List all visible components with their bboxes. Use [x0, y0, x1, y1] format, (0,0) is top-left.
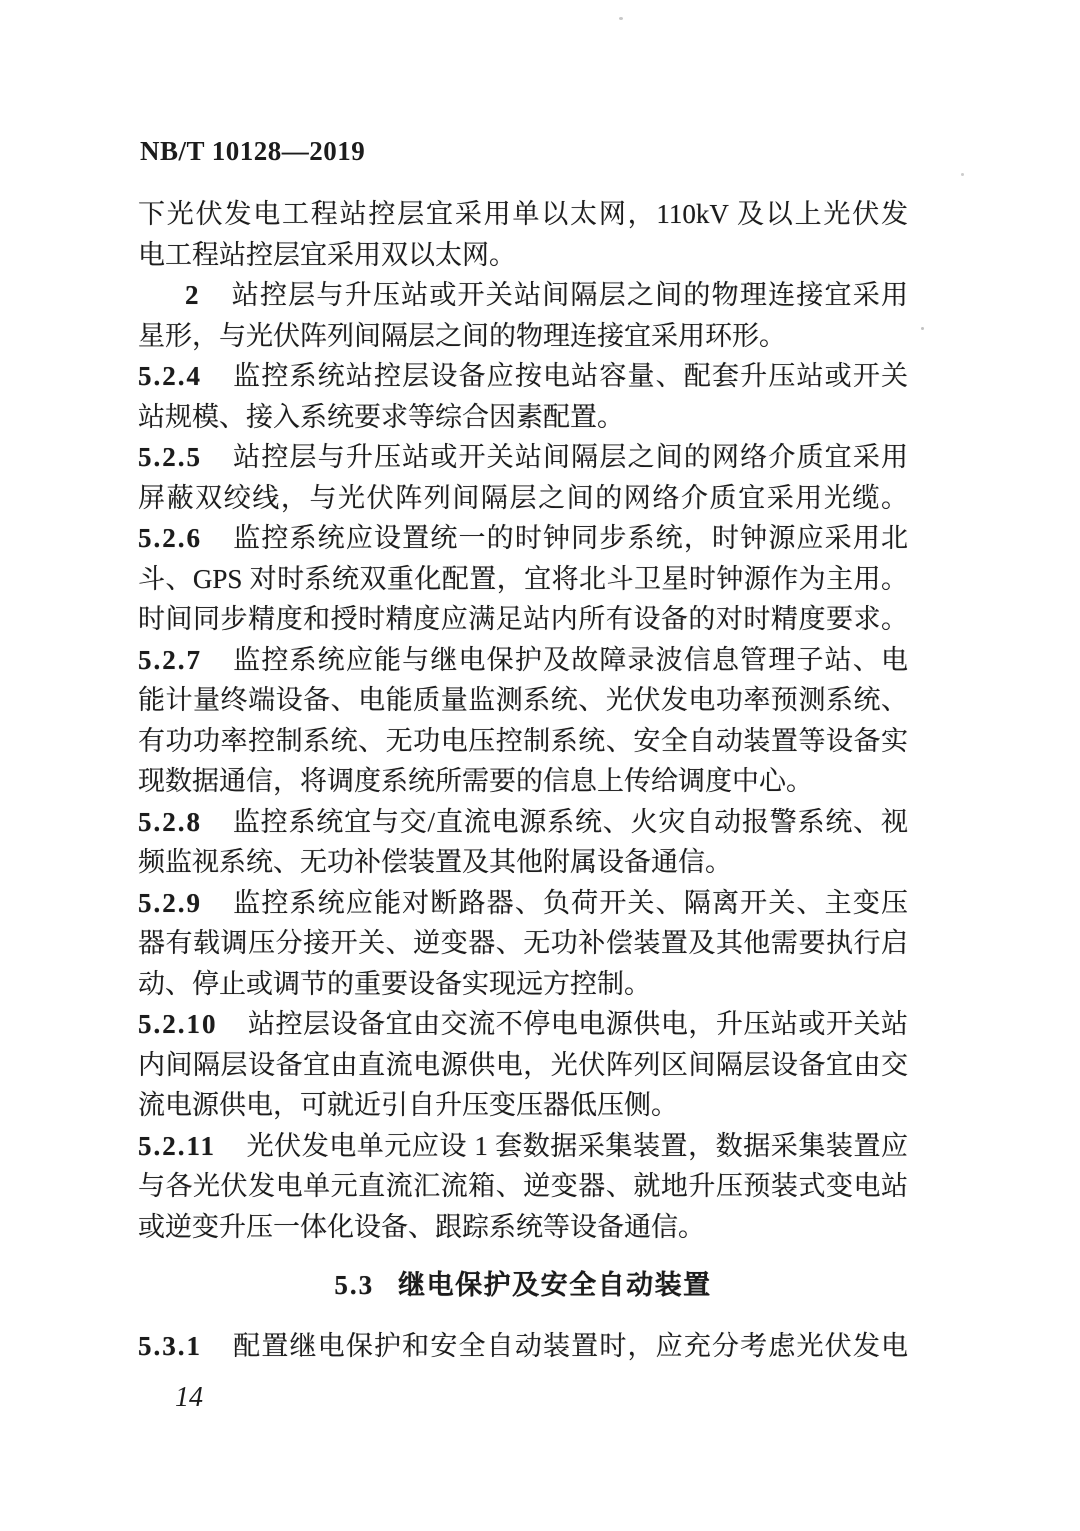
clause-line: 5.2.9监控系统应能对断路器、负荷开关、隔离开关、主变压	[138, 883, 908, 924]
clause-number: 5.2.11	[138, 1131, 216, 1161]
line-text: 能计量终端设备、电能质量监测系统、光伏发电功率预测系统、	[138, 685, 908, 715]
line-text: 站控层与升压站或开关站间隔层之间的物理连接宜采用	[231, 280, 909, 310]
text-line: 时间同步精度和授时精度应满足站内所有设备的对时精度要求。	[138, 599, 908, 640]
line-text: 内间隔层设备宜由直流电源供电，光伏阵列区间隔层设备宜由交	[138, 1050, 908, 1080]
text-line: 频监视系统、无功补偿装置及其他附属设备通信。	[138, 842, 908, 883]
text-line: 下光伏发电工程站控层宜采用单以太网，110kV 及以上光伏发	[138, 194, 908, 235]
line-text: 监控系统应设置统一的时钟同步系统，时钟源应采用北	[232, 523, 908, 553]
clause-number: 5.2.5	[138, 442, 202, 472]
clause-line: 5.2.10站控层设备宜由交流不停电电源供电，升压站或开关站	[138, 1004, 908, 1045]
line-text: 或逆变升压一体化设备、跟踪系统等设备通信。	[138, 1212, 705, 1242]
document-page: NB/T 10128—2019 下光伏发电工程站控层宜采用单以太网，110kV …	[0, 0, 1080, 1531]
clause-number: 5.2.8	[138, 807, 202, 837]
clause-line: 5.2.8监控系统宜与交/直流电源系统、火灾自动报警系统、视	[138, 802, 908, 843]
clause-number: 5.2.9	[138, 888, 202, 918]
line-text: 屏蔽双绞线，与光伏阵列间隔层之间的网络介质宜采用光缆。	[138, 483, 908, 513]
text-line: 动、停止或调节的重要设备实现远方控制。	[138, 964, 908, 1005]
standard-number-header: NB/T 10128—2019	[140, 136, 365, 167]
clause-line: 5.2.4监控系统站控层设备应按电站容量、配套升压站或开关	[138, 356, 908, 397]
clause-line: 5.3.1配置继电保护和安全自动装置时，应充分考虑光伏发电	[138, 1326, 908, 1367]
clause-number: 5.3.1	[138, 1331, 202, 1361]
clause-line: 5.2.5站控层与升压站或开关站间隔层之间的网络介质宜采用	[138, 437, 908, 478]
clause-number: 5.2.6	[138, 523, 202, 553]
text-line: 能计量终端设备、电能质量监测系统、光伏发电功率预测系统、	[138, 680, 908, 721]
clause-line: 2站控层与升压站或开关站间隔层之间的物理连接宜采用	[138, 275, 908, 316]
section-heading: 5.3继电保护及安全自动装置	[138, 1265, 908, 1306]
scan-speck	[619, 17, 623, 20]
scan-speck	[961, 173, 964, 176]
line-text: 与各光伏发电单元直流汇流箱、逆变器、就地升压预装式变电站	[138, 1171, 908, 1201]
clause-line: 5.2.6监控系统应设置统一的时钟同步系统，时钟源应采用北	[138, 518, 908, 559]
clause-number: 5.2.10	[138, 1009, 218, 1039]
page-number: 14	[175, 1382, 203, 1414]
section-heading-title: 继电保护及安全自动装置	[398, 1270, 712, 1301]
line-text: 星形，与光伏阵列间隔层之间的物理连接宜采用环形。	[138, 321, 786, 351]
text-line: 星形，与光伏阵列间隔层之间的物理连接宜采用环形。	[138, 316, 908, 357]
line-text: 时间同步精度和授时精度应满足站内所有设备的对时精度要求。	[138, 604, 908, 634]
line-text: 监控系统应能对断路器、负荷开关、隔离开关、主变压	[232, 888, 908, 918]
line-text: 器有载调压分接开关、逆变器、无功补偿装置及其他需要执行启	[138, 928, 908, 958]
line-text: 有功功率控制系统、无功电压控制系统、安全自动装置等设备实	[138, 726, 908, 756]
clause-line: 5.2.7监控系统应能与继电保护及故障录波信息管理子站、电	[138, 640, 908, 681]
line-text: 斗、GPS 对时系统双重化配置，宜将北斗卫星时钟源作为主用。	[138, 564, 908, 594]
text-line: 内间隔层设备宜由直流电源供电，光伏阵列区间隔层设备宜由交	[138, 1045, 908, 1086]
text-line: 屏蔽双绞线，与光伏阵列间隔层之间的网络介质宜采用光缆。	[138, 478, 908, 519]
line-text: 流电源供电，可就近引自升压变压器低压侧。	[138, 1090, 678, 1120]
text-line: 现数据通信，将调度系统所需要的信息上传给调度中心。	[138, 761, 908, 802]
line-text: 频监视系统、无功补偿装置及其他附属设备通信。	[138, 847, 732, 877]
line-text: 现数据通信，将调度系统所需要的信息上传给调度中心。	[138, 766, 813, 796]
line-text: 监控系统站控层设备应按电站容量、配套升压站或开关	[232, 361, 908, 391]
line-text: 下光伏发电工程站控层宜采用单以太网，110kV 及以上光伏发	[138, 199, 908, 229]
text-line: 有功功率控制系统、无功电压控制系统、安全自动装置等设备实	[138, 721, 908, 762]
line-text: 站规模、接入系统要求等综合因素配置。	[138, 402, 624, 432]
line-text: 动、停止或调节的重要设备实现远方控制。	[138, 969, 651, 999]
clause-line: 5.2.11光伏发电单元应设 1 套数据采集装置，数据采集装置应	[138, 1126, 908, 1167]
text-line: 站规模、接入系统要求等综合因素配置。	[138, 397, 908, 438]
clause-number: 2	[185, 280, 201, 310]
clause-number: 5.2.4	[138, 361, 202, 391]
scan-speck	[921, 327, 924, 330]
text-line: 流电源供电，可就近引自升压变压器低压侧。	[138, 1085, 908, 1126]
line-text: 站控层与升压站或开关站间隔层之间的网络介质宜采用	[232, 442, 908, 472]
text-line: 斗、GPS 对时系统双重化配置，宜将北斗卫星时钟源作为主用。	[138, 559, 908, 600]
line-text: 配置继电保护和安全自动装置时，应充分考虑光伏发电	[232, 1331, 908, 1361]
text-line: 或逆变升压一体化设备、跟踪系统等设备通信。	[138, 1207, 908, 1248]
text-line: 器有载调压分接开关、逆变器、无功补偿装置及其他需要执行启	[138, 923, 908, 964]
line-text: 监控系统宜与交/直流电源系统、火灾自动报警系统、视	[232, 807, 908, 837]
line-text: 监控系统应能与继电保护及故障录波信息管理子站、电	[232, 645, 908, 675]
clause-number: 5.2.7	[138, 645, 202, 675]
line-text: 电工程站控层宜采用双以太网。	[138, 240, 516, 270]
line-text: 站控层设备宜由交流不停电电源供电，升压站或开关站	[248, 1009, 909, 1039]
text-line: 与各光伏发电单元直流汇流箱、逆变器、就地升压预装式变电站	[138, 1166, 908, 1207]
document-body: 下光伏发电工程站控层宜采用单以太网，110kV 及以上光伏发电工程站控层宜采用双…	[138, 194, 908, 1367]
line-text: 光伏发电单元应设 1 套数据采集装置，数据采集装置应	[246, 1131, 908, 1161]
section-heading-number: 5.3	[334, 1270, 374, 1300]
text-line: 电工程站控层宜采用双以太网。	[138, 235, 908, 276]
